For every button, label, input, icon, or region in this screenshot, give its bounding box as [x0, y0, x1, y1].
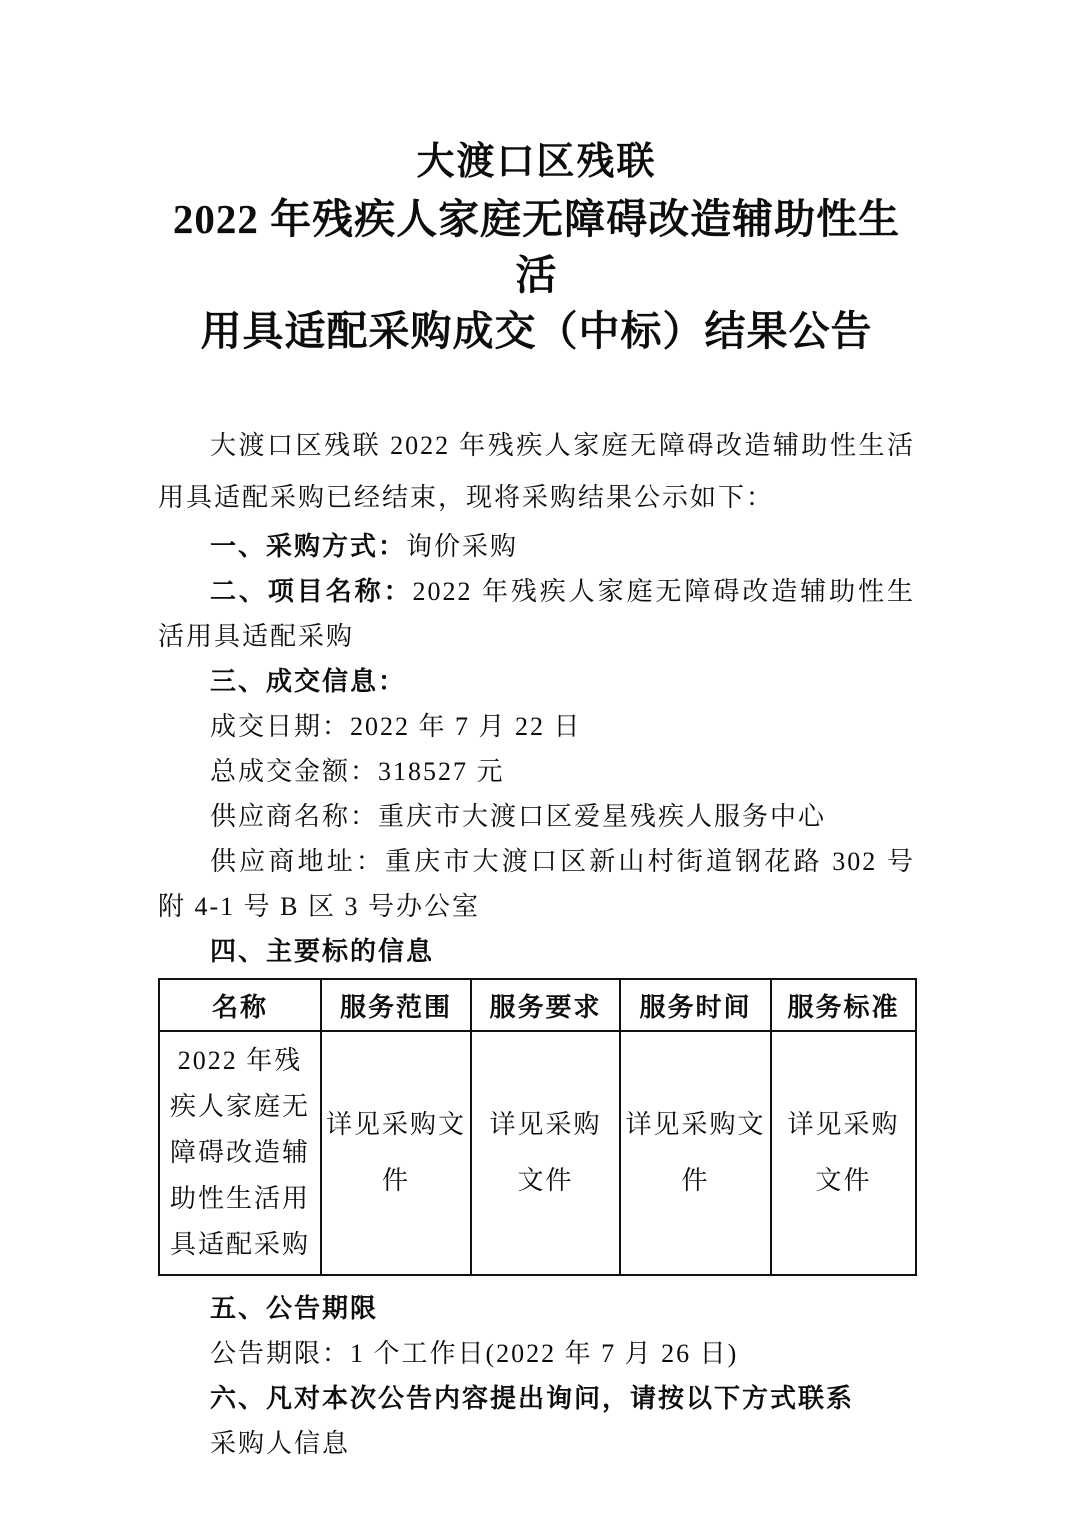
- procurement-method-label: 一、采购方式：: [210, 531, 406, 561]
- section-project-name: 二、项目名称：2022 年残疾人家庭无障碍改造辅助性生活用具适配采购: [158, 569, 915, 659]
- table-header-row: 名称 服务范围 服务要求 服务时间 服务标准: [159, 979, 916, 1031]
- deal-info-label: 三、成交信息：: [210, 666, 406, 696]
- cell-service-requirement: 详见采购文件: [471, 1031, 620, 1275]
- section-procurement-method: 一、采购方式：询价采购: [158, 524, 915, 569]
- deal-date-line: 成交日期：2022 年 7 月 22 日: [158, 704, 915, 749]
- bid-info-table: 名称 服务范围 服务要求 服务时间 服务标准 2022 年残疾人家庭无障碍改造辅…: [158, 978, 917, 1276]
- col-header-service-standard: 服务标准: [771, 979, 916, 1031]
- intro-paragraph: 大渡口区残联 2022 年残疾人家庭无障碍改造辅助性生活用具适配采购已经结束，现…: [158, 420, 915, 524]
- section-main-subject-info: 四、主要标的信息: [158, 929, 915, 974]
- cell-service-scope: 详见采购文件: [321, 1031, 471, 1275]
- notice-period-label: 五、公告期限: [210, 1293, 378, 1323]
- supplier-name-line: 供应商名称：重庆市大渡口区爱星残疾人服务中心: [158, 794, 915, 839]
- deal-amount-line: 总成交金额：318527 元: [158, 749, 915, 794]
- procurement-method-value: 询价采购: [406, 532, 518, 561]
- cell-project-name: 2022 年残疾人家庭无障碍改造辅助性生活用具适配采购: [159, 1031, 321, 1275]
- col-header-service-scope: 服务范围: [321, 979, 471, 1031]
- section-contact: 六、凡对本次公告内容提出询问，请按以下方式联系: [158, 1376, 915, 1421]
- section-deal-info: 三、成交信息：: [158, 659, 915, 704]
- main-subject-info-label: 四、主要标的信息: [210, 936, 434, 966]
- document-content: 大渡口区残联 2022 年残疾人家庭无障碍改造辅助性生活 用具适配采购成交（中标…: [158, 134, 915, 1466]
- title-line3: 用具适配采购成交（中标）结果公告: [158, 303, 915, 359]
- project-name-label: 二、项目名称：: [210, 576, 413, 606]
- col-header-service-requirement: 服务要求: [471, 979, 620, 1031]
- title-organization: 大渡口区残联: [158, 134, 915, 191]
- supplier-address-line: 供应商地址：重庆市大渡口区新山村街道钢花路 302 号附 4-1 号 B 区 3…: [158, 839, 915, 929]
- table-row: 2022 年残疾人家庭无障碍改造辅助性生活用具适配采购 详见采购文件 详见采购文…: [159, 1031, 916, 1275]
- document-page: 大渡口区残联 2022 年残疾人家庭无障碍改造辅助性生活 用具适配采购成交（中标…: [0, 0, 1074, 1520]
- col-header-name: 名称: [159, 979, 321, 1031]
- title-line2: 2022 年残疾人家庭无障碍改造辅助性生活: [158, 191, 915, 303]
- cell-service-standard: 详见采购文件: [771, 1031, 916, 1275]
- col-header-service-time: 服务时间: [620, 979, 771, 1031]
- cell-service-time: 详见采购文件: [620, 1031, 771, 1275]
- section-notice-period: 五、公告期限: [158, 1286, 915, 1331]
- contact-label: 六、凡对本次公告内容提出询问，请按以下方式联系: [210, 1383, 854, 1413]
- notice-period-line: 公告期限：1 个工作日(2022 年 7 月 26 日): [158, 1331, 915, 1376]
- buyer-info-line: 采购人信息: [158, 1421, 915, 1466]
